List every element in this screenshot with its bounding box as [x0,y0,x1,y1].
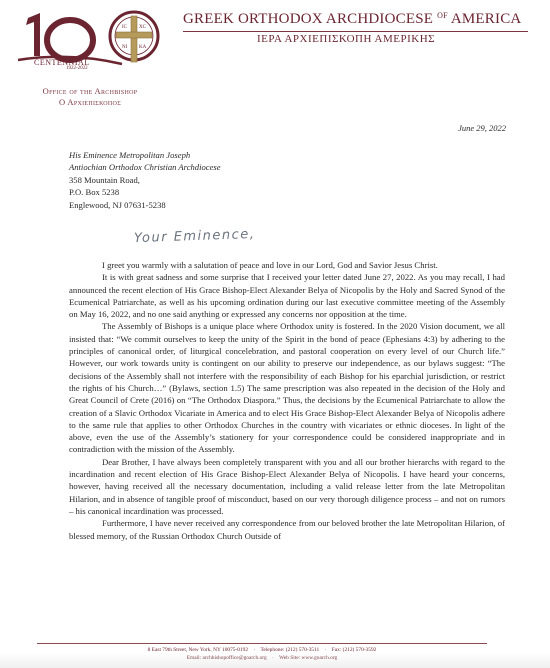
footer-fax: Fax: (212) 570-3592 [332,647,377,653]
footer-separator: · [249,647,259,653]
footer-separator: · [268,655,278,661]
letter-body: I greet you warmly with a salutation of … [69,259,505,542]
footer-telephone: Telephone: (212) 570-3511 [260,647,319,653]
paragraph-assembly-of-bishops: The Assembly of Bishops is a unique plac… [69,320,505,455]
logo-one-glyph [26,13,40,56]
recipient-address: His Eminence Metropolitan Joseph Antioch… [69,149,221,211]
recipient-street: 358 Mountain Road, [69,174,221,186]
org-name-of: OF [437,11,448,20]
recipient-po-box: P.O. Box 5238 [69,186,221,198]
organization-name-greek: ΙΕΡΑ ΑΡΧΙΕΠΙΣΚΟΠΗ ΑΜΕΡΙΚΗΣ [257,33,435,45]
org-name-part2: AMERICA [451,11,522,27]
footer-website: Web Site: www.goarch.org [279,655,337,661]
paragraph-furthermore: Furthermore, I have never received any c… [69,517,505,542]
logo-zero-glyph [47,20,93,60]
svg-text:XC: XC [139,25,147,30]
recipient-city: Englewood, NJ 07631-5238 [69,199,221,211]
recipient-name: His Eminence Metropolitan Joseph [69,149,221,161]
svg-text:NI: NI [122,45,128,50]
paragraph-letter-received: It is with great sadness and some surpri… [69,271,505,320]
office-block: Office of the Archbishop Ο Αρχιεπισκοπος [30,86,150,108]
footer-divider [37,643,487,644]
footer-separator: · [321,647,331,653]
paragraph-greeting: I greet you warmly with a salutation of … [69,259,505,271]
header-divider [183,31,528,32]
centennial-years: 1922-2022 [66,66,88,71]
footer-address: 8 East 79th Street, New York, NY 10075-0… [148,647,248,653]
letterhead-footer: 8 East 79th Street, New York, NY 10075-0… [37,646,487,662]
office-english: Office of the Archbishop [30,86,150,97]
paragraph-dear-brother: Dear Brother, I have always been complet… [69,456,505,517]
letter-page: IC XC NI KA CENTENNIAL 1922-2022 GREEK O… [0,0,550,668]
office-greek: Ο Αρχιεπισκοπος [30,97,150,108]
handwritten-salutation: Your Eminence, [134,227,256,246]
letter-date: June 29, 2022 [458,123,506,133]
archdiocese-seal-icon: IC XC NI KA [110,12,158,62]
organization-name: GREEK ORTHODOX ARCHDIOCESE OF AMERICA [183,11,521,28]
recipient-organization: Antiochian Orthodox Christian Archdioces… [69,161,221,173]
svg-text:KA: KA [139,45,147,50]
svg-text:IC: IC [122,25,128,30]
org-name-part1: GREEK ORTHODOX ARCHDIOCESE [183,11,433,27]
footer-email: Email: archbishopoffice@goarch.org [187,655,267,661]
